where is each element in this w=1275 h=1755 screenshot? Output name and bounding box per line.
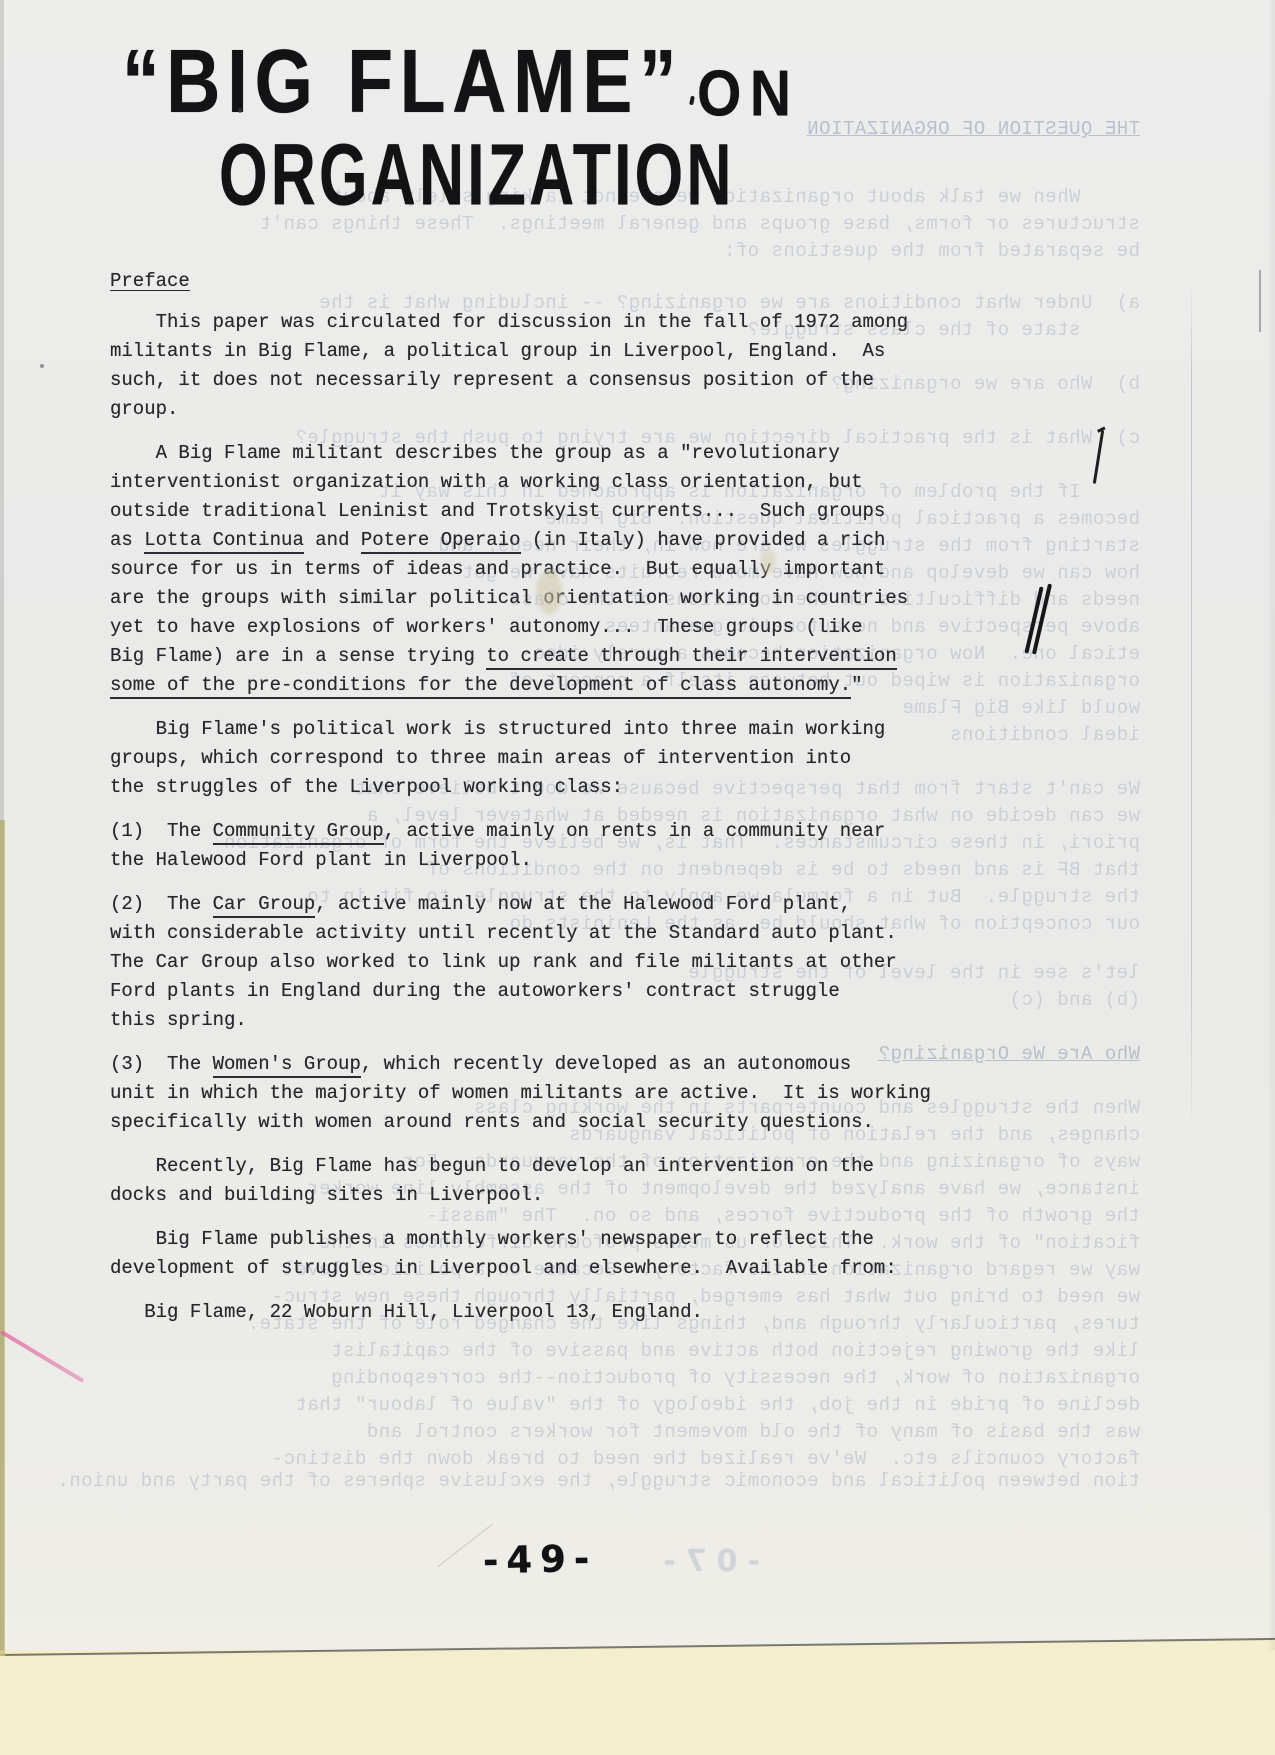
text-segment: groups, which correspond to three main a… [110,747,851,769]
text-line: specifically with women around rents and… [110,1108,1010,1137]
text-segment: (in Italy) have provided a rich [521,529,886,551]
text-segment: (1) The [110,820,213,842]
text-line: development of struggles in Liverpool an… [110,1254,1010,1283]
underlined-text: some of the pre-conditions for the devel… [110,674,851,699]
text-segment: development of struggles in Liverpool an… [110,1257,897,1279]
text-segment: Big Flame's political work is structured… [110,718,885,740]
text-segment: (3) The [110,1053,213,1075]
underlined-text: Car Group [213,893,316,918]
dust-speck [40,364,44,368]
bleedthrough-line: like the growing rejection both active a… [130,1340,1140,1362]
text-segment: , active mainly on rents in a community … [384,820,886,842]
text-line: militants in Big Flame, a political grou… [110,337,1010,366]
text-segment: (2) The [110,893,213,915]
paragraph: Big Flame's political work is structured… [110,715,1010,802]
paragraph: (1) The Community Group, active mainly o… [110,817,1010,875]
bleedthrough-line: decline of pride in the job, the ideolog… [130,1394,1140,1416]
paragraph: (3) The Women's Group, which recently de… [110,1050,1010,1137]
text-line: This paper was circulated for discussion… [110,308,1010,337]
text-segment: unit in which the majority of women mili… [110,1082,931,1104]
text-line: (2) The Car Group, active mainly now at … [110,890,1010,919]
text-segment: the struggles of the Liverpool working c… [110,776,623,798]
handwritten-page-number: -49- [483,1537,598,1582]
text-line: unit in which the majority of women mili… [110,1079,1010,1108]
margin-pen-double-stroke [1026,586,1052,656]
text-segment: Big Flame publishes a monthly workers' n… [110,1228,874,1250]
text-segment: are the groups with similar political or… [110,587,908,609]
left-edge-shadow [0,0,4,1650]
paper-crease-line [1191,283,1192,1133]
paragraph: Recently, Big Flame has begun to develop… [110,1152,1010,1210]
text-line: group. [110,395,1010,424]
text-segment: this spring. [110,1009,247,1031]
text-segment: Recently, Big Flame has begun to develop… [110,1155,874,1177]
bleedthrough-line: factory councils etc. We've realized the… [130,1448,1140,1470]
text-segment: docks and building sites in Liverpool. [110,1184,543,1206]
page-title-big-flame: “BIG FLAME” [122,30,683,133]
text-line: the Halewood Ford plant in Liverpool. [110,846,1010,875]
text-segment: specifically with women around rents and… [110,1111,874,1133]
text-line: yet to have explosions of workers' auton… [110,613,1010,642]
page-title-organization: ORGANIZATION [219,124,735,226]
text-line: the struggles of the Liverpool working c… [110,773,1010,802]
bleedthrough-line: was the basis of many of the old movemen… [130,1421,1140,1443]
text-segment: Ford plants in England during the autowo… [110,980,840,1002]
text-segment: , active mainly now at the Halewood Ford… [315,893,851,915]
underlined-text: Women's Group [213,1053,361,1078]
text-segment: the Halewood Ford plant in Liverpool. [110,849,532,871]
text-segment: " [851,674,862,696]
text-segment: group. [110,398,178,420]
text-line: Big Flame publishes a monthly workers' n… [110,1225,1010,1254]
text-line: interventionist organization with a work… [110,468,1010,497]
document-body: This paper was circulated for discussion… [110,308,1010,1342]
text-line: Big Flame, 22 Woburn Hill, Liverpool 13,… [110,1298,1010,1327]
text-segment: outside traditional Leninist and Trotsky… [110,500,885,522]
text-line: (3) The Women's Group, which recently de… [110,1050,1010,1079]
text-line: some of the pre-conditions for the devel… [110,671,1010,700]
underlined-text: Lotta Continua [144,529,304,554]
text-line: as Lotta Continua and Potere Operaio (in… [110,526,1010,555]
bleedthrough-page-number: -07- [600,1544,760,1579]
paper-stain [536,570,562,614]
bleedthrough-line: be separated from the questions of: [130,240,1140,262]
text-line: such, it does not necessarily represent … [110,366,1010,395]
text-line: Big Flame's political work is structured… [110,715,1010,744]
text-segment: and [304,529,361,551]
text-segment: with considerable activity until recentl… [110,922,897,944]
text-segment: interventionist organization with a work… [110,471,863,493]
text-line: Recently, Big Flame has begun to develop… [110,1152,1010,1181]
paragraph: Big Flame, 22 Woburn Hill, Liverpool 13,… [110,1298,1010,1327]
text-line: The Car Group also worked to link up ran… [110,948,1010,977]
paragraph: This paper was circulated for discussion… [110,308,1010,424]
underlined-text: Potere Operaio [361,529,521,554]
page-title-on: ON [697,56,800,131]
text-line: docks and building sites in Liverpool. [110,1181,1010,1210]
text-line: Big Flame) are in a sense trying to crea… [110,642,1010,671]
text-segment: A Big Flame militant describes the group… [110,442,840,464]
text-segment: This paper was circulated for discussion… [110,311,908,333]
text-segment: Big Flame, 22 Woburn Hill, Liverpool 13,… [110,1301,703,1323]
paragraph: Big Flame publishes a monthly workers' n… [110,1225,1010,1283]
text-line: groups, which correspond to three main a… [110,744,1010,773]
text-line: (1) The Community Group, active mainly o… [110,817,1010,846]
text-segment: such, it does not necessarily represent … [110,369,874,391]
paragraph: A Big Flame militant describes the group… [110,439,1010,700]
dust-speck [238,108,242,113]
preface-heading: Preface [110,270,190,292]
text-line: this spring. [110,1006,1010,1035]
text-line: with considerable activity until recentl… [110,919,1010,948]
text-line: A Big Flame militant describes the group… [110,439,1010,468]
paragraph: (2) The Car Group, active mainly now at … [110,890,1010,1035]
text-segment: , which recently developed as an autonom… [361,1053,851,1075]
text-segment: The Car Group also worked to link up ran… [110,951,897,973]
right-edge-shadow [1267,0,1275,1650]
text-line: outside traditional Leninist and Trotsky… [110,497,1010,526]
underlined-text: Community Group [213,820,384,845]
bleedthrough-line: organization of work, the necessity of p… [130,1367,1140,1389]
backing-paper [0,1646,1275,1755]
bleedthrough-line: tion between political and economic stru… [130,1470,1140,1492]
underlined-text: to create through their intervention [486,645,896,670]
text-segment: Big Flame) are in a sense trying [110,645,486,667]
text-segment: yet to have explosions of workers' auton… [110,616,863,638]
scanned-page: THE QUESTION OF ORGANIZATION When we tal… [0,0,1275,1755]
text-segment: militants in Big Flame, a political grou… [110,340,885,362]
right-edge-mark [1259,270,1261,332]
text-line: Ford plants in England during the autowo… [110,977,1010,1006]
text-segment: as [110,529,144,551]
paper-stain [760,548,776,574]
